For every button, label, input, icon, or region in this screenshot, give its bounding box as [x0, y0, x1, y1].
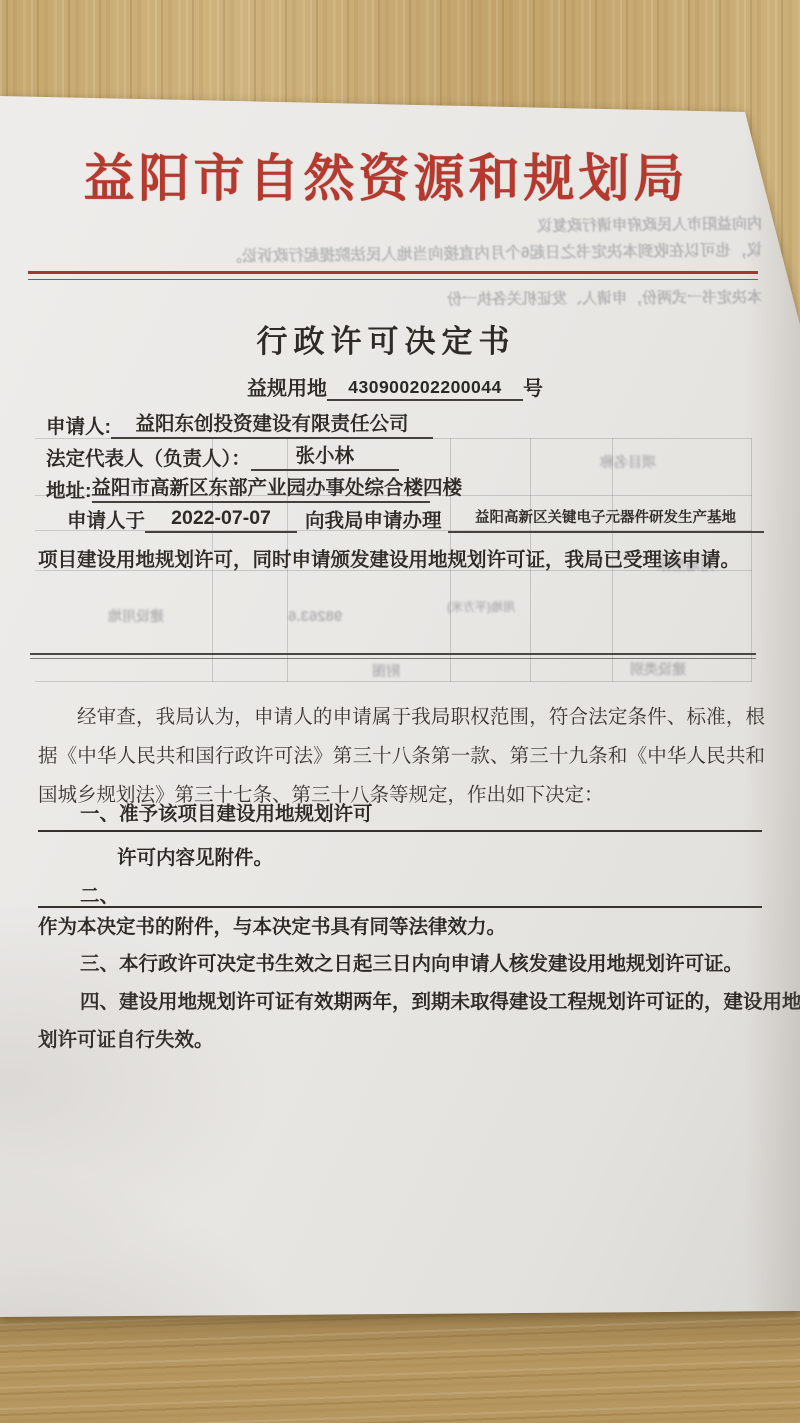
bleed-through-cell-text: 建设类别	[630, 659, 686, 679]
bleed-through-cell-text: 建设用地	[108, 606, 164, 626]
application-date: 2022-07-07	[145, 507, 297, 533]
address-field: 地址: 益阳市高新区东部产业园办事处综合楼四楼	[46, 472, 430, 503]
legal-representative-value: 张小林	[251, 440, 399, 471]
decision-item-2-note: 作为本决定书的附件，与本决定书具有同等法律效力。	[38, 911, 506, 939]
red-separator-line-thick	[28, 271, 758, 274]
address-value: 益阳市高新区东部产业园办事处综合楼四楼	[92, 472, 430, 503]
application-mid: 向我局申请办理	[305, 505, 442, 533]
application-continuation: 项目建设用地规划许可，同时申请颁发建设用地规划许可证，我局已受理该申请。	[38, 544, 764, 572]
bleed-through-cell-text: 用地(平方米)	[438, 600, 524, 615]
decision-underline-2	[38, 906, 762, 908]
decision-item-2: 二、	[80, 880, 119, 908]
doc-number-suffix: 号	[523, 372, 543, 401]
paper-wrapper: 益阳市自然资源和规划局 内向益阳市人民政府申请行政复议 议，也可以在收到本决定书…	[0, 0, 800, 1423]
table-bottom-rule-thin	[30, 658, 756, 659]
decision-underline-1	[38, 830, 762, 832]
photo-of-permit-document: 益阳市自然资源和规划局 内向益阳市人民政府申请行政复议 议，也可以在收到本决定书…	[0, 0, 800, 1423]
bleed-through-cell-text: 项目名称	[600, 452, 656, 472]
table-bottom-rule-thick	[30, 653, 756, 655]
decision-item-1: 一、准予该项目建设用地规划许可	[80, 798, 373, 826]
doc-number-line: 益规用地 430900202200044 号	[247, 372, 543, 401]
legal-representative-field: 法定代表人（负责人）： 张小林	[46, 440, 399, 471]
application-line: 申请人于 2022-07-07 向我局申请办理 益阳高新区关键电子元器件研发生产…	[67, 505, 764, 533]
decision-item-1-note: 许可内容见附件。	[117, 842, 273, 870]
document-title: 行政许可决定书	[0, 316, 772, 361]
decision-item-4-line-1: 四、建设用地规划许可证有效期两年，到期未取得建设工程规划许可证的，建设用地规	[80, 986, 800, 1014]
application-lead: 申请人于	[67, 505, 145, 533]
bleed-through-cell-text: 98263.6	[288, 608, 342, 625]
applicant-field: 申请人: 益阳东创投资建设有限责任公司	[46, 408, 433, 439]
address-label: 地址:	[46, 475, 92, 503]
application-project: 益阳高新区关键电子元器件研发生产基地	[448, 506, 764, 533]
applicant-value: 益阳东创投资建设有限责任公司	[111, 408, 433, 439]
paper-sheet: 益阳市自然资源和规划局 内向益阳市人民政府申请行政复议 议，也可以在收到本决定书…	[0, 0, 800, 1423]
bleed-through-text: 内向益阳市人民政府申请行政复议	[440, 212, 762, 236]
decision-item-3: 三、本行政许可决定书生效之日起三日内向申请人核发建设用地规划许可证。	[80, 948, 743, 976]
bleed-through-cell-text: 附图	[372, 661, 400, 681]
applicant-label: 申请人:	[46, 411, 111, 439]
bleed-through-text: 本决定书一式两份，申请人、发证机关各执一份	[432, 286, 762, 309]
doc-number-prefix: 益规用地	[247, 372, 327, 401]
red-separator-line-thin	[28, 279, 758, 280]
agency-title: 益阳市自然资源和规划局	[0, 150, 772, 211]
ghost-grid-line	[35, 681, 752, 682]
bleed-through-text: 议，也可以在收到本决定书之日起6个月内直接向当地人民法院提起行政诉讼。	[72, 238, 762, 268]
legal-representative-label: 法定代表人（负责人）：	[46, 443, 251, 471]
decision-item-4-line-2: 划许可证自行失效。	[38, 1024, 214, 1052]
doc-number-value: 430900202200044	[327, 377, 523, 401]
